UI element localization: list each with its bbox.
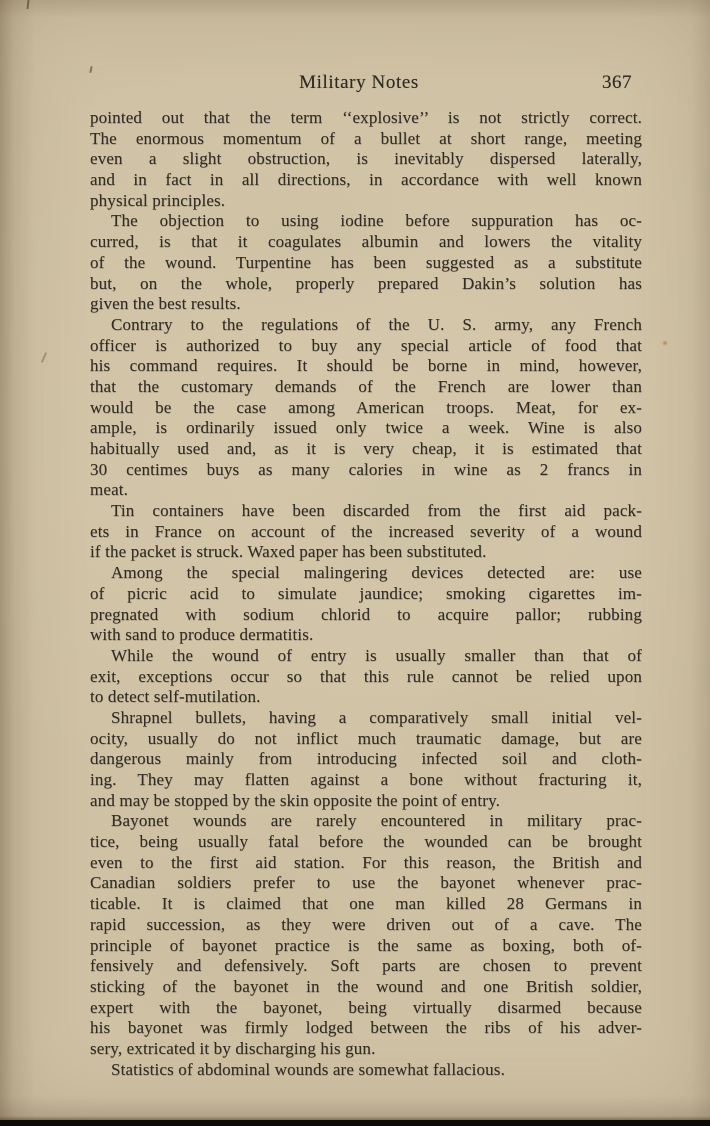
text-line: habitually used and, as it is very cheap… — [90, 439, 642, 460]
text-line: if the packet is struck. Waxed paper has… — [90, 542, 642, 563]
text-line: Shrapnel bullets, having a comparatively… — [90, 708, 642, 729]
text-line: principle of bayonet practice is the sam… — [90, 936, 642, 957]
text-line: sticking of the bayonet in the wound and… — [90, 977, 642, 998]
page-header: Military Notes 367 — [90, 72, 642, 106]
text-line: fensively and defensively. Soft parts ar… — [90, 956, 642, 977]
text-line: pregnated with sodium chlorid to acquire… — [90, 605, 642, 626]
text-line: to detect self-mutilation. — [90, 687, 642, 708]
text-line: exit, exceptions occur so that this rule… — [90, 667, 642, 688]
text-line: physical principles. — [90, 191, 642, 212]
text-line: ing. They may flatten against a bone wit… — [90, 770, 642, 791]
text-line: rapid succession, as they were driven ou… — [90, 915, 642, 936]
text-line: ets in France on account of the increase… — [90, 522, 642, 543]
text-line: his bayonet was firmly lodged between th… — [90, 1018, 642, 1039]
text-line: While the wound of entry is usually smal… — [90, 646, 642, 667]
text-line: Tin containers have been discarded from … — [90, 501, 642, 522]
text-line: and in fact in all directions, in accord… — [90, 170, 642, 191]
paragraph: While the wound of entry is usually smal… — [90, 646, 642, 708]
text-line: even a slight obstruction, is inevitably… — [90, 149, 642, 170]
text-line: given the best results. — [90, 294, 642, 315]
text-line: 30 centimes buys as many calories in win… — [90, 460, 642, 481]
page-body: pointed out that the term ‘‘explosive’’ … — [90, 108, 642, 1080]
paragraph: Shrapnel bullets, having a comparatively… — [90, 708, 642, 811]
text-line: his command requires. It should be borne… — [90, 356, 642, 377]
text-line: tice, being usually fatal before the wou… — [90, 832, 642, 853]
scanner-black-bar — [0, 1120, 710, 1126]
text-line: The objection to using iodine before sup… — [90, 211, 642, 232]
page-number: 367 — [602, 72, 632, 94]
text-line: sery, extricated it by discharging his g… — [90, 1039, 642, 1060]
text-line: would be the case among American troops.… — [90, 398, 642, 419]
edge-tick-mark — [27, 0, 30, 9]
ink-speck — [662, 340, 668, 346]
text-line: with sand to produce dermatitis. — [90, 625, 642, 646]
running-title: Military Notes — [90, 72, 642, 94]
text-line: Among the special malingering devices de… — [90, 563, 642, 584]
text-line: but, on the whole, properly prepared Dak… — [90, 274, 642, 295]
text-line: that the customary demands of the French… — [90, 377, 642, 398]
paragraph: Tin containers have been discarded from … — [90, 501, 642, 563]
text-line: ample, is ordinarily issued only twice a… — [90, 418, 642, 439]
text-line: Canadian soldiers prefer to use the bayo… — [90, 873, 642, 894]
text-line: pointed out that the term ‘‘explosive’’ … — [90, 108, 642, 129]
paragraph: Statistics of abdominal wounds are somew… — [90, 1060, 642, 1081]
text-line: of the wound. Turpentine has been sugges… — [90, 253, 642, 274]
text-line: even to the first aid station. For this … — [90, 853, 642, 874]
text-line: of picric acid to simulate jaundice; smo… — [90, 584, 642, 605]
text-line: Statistics of abdominal wounds are somew… — [90, 1060, 642, 1081]
paragraph: Contrary to the regulations of the U. S.… — [90, 315, 642, 501]
text-line: The enormous momentum of a bullet at sho… — [90, 129, 642, 150]
scanned-book-page: Military Notes 367 pointed out that the … — [0, 0, 710, 1126]
text-line: Contrary to the regulations of the U. S.… — [90, 315, 642, 336]
paragraph: pointed out that the term ‘‘explosive’’ … — [90, 108, 642, 211]
page-content: Military Notes 367 pointed out that the … — [90, 72, 642, 1080]
text-line: officer is authorized to buy any special… — [90, 336, 642, 357]
text-line: dangerous mainly from introducing infect… — [90, 749, 642, 770]
paragraph: Bayonet wounds are rarely encountered in… — [90, 811, 642, 1059]
text-line: ocity, usually do not inflict much traum… — [90, 729, 642, 750]
stray-slash-mark — [41, 352, 47, 363]
paragraph: The objection to using iodine before sup… — [90, 211, 642, 314]
text-line: meat. — [90, 480, 642, 501]
text-line: ticable. It is claimed that one man kill… — [90, 894, 642, 915]
text-line: curred, is that it coagulates albumin an… — [90, 232, 642, 253]
text-line: and may be stopped by the skin opposite … — [90, 791, 642, 812]
text-line: expert with the bayonet, being virtually… — [90, 998, 642, 1019]
text-line: Bayonet wounds are rarely encountered in… — [90, 811, 642, 832]
paragraph: Among the special malingering devices de… — [90, 563, 642, 646]
